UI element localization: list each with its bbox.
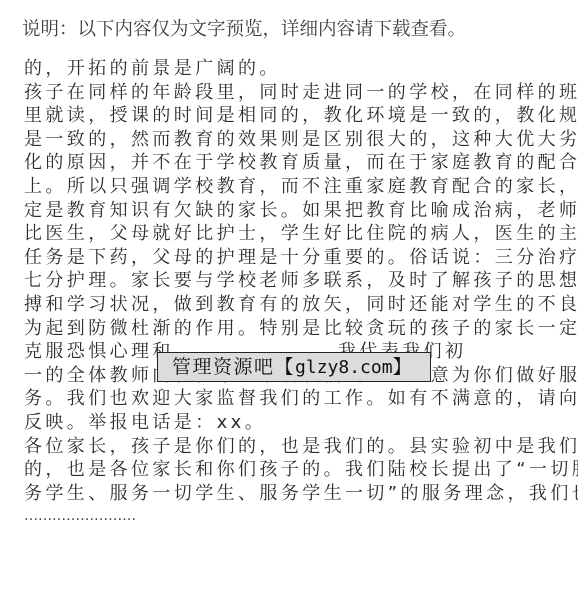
text-line: 的，开拓的前景是广阔的。	[24, 57, 564, 81]
watermark-site-name: 管理资源吧	[172, 356, 275, 378]
truncation-dots: ‥‥‥‥‥‥‥‥‥‥‥‥	[24, 505, 564, 529]
text-line: 任务是下药，父母的护理是十分重要的。俗话说：三分治疗，	[24, 246, 564, 270]
text-line: 是一致的，然而教育的效果则是区别很大的，这种大优大劣分	[24, 128, 564, 152]
text-line: 上。所以只强调学校教育，而不注重家庭教育配合的家长，一	[24, 175, 564, 199]
text-line: 各位家长，孩子是你们的，也是我们的。县实验初中是我们	[24, 435, 564, 459]
text-line: 定是教育知识有欠缺的家长。如果把教育比喻成治病，老师好	[24, 199, 564, 223]
text-line: 的，也是各位家长和你们孩子的。我们陆校长提出了“一切服	[24, 458, 564, 482]
text-line: 孩子在同样的年龄段里，同时走进同一的学校，在同样的班级	[24, 81, 564, 105]
watermark-bracket-open: 【	[275, 356, 296, 378]
text-line: 搏和学习状况，做到教育有的放矢，同时还能对学生的不良行	[24, 293, 564, 317]
text-line: 里就读，授课的时间是相同的，教化环境是一致的，教化规则	[24, 104, 564, 128]
watermark-url: glzy8.com	[295, 357, 393, 378]
text-line: 务学生、服务一切学生、服务学生一切”的服务理念，我们也	[24, 482, 564, 506]
preview-notice: 说明：以下内容仅为文字预览，详细内容请下载查看。	[22, 18, 466, 42]
watermark-banner: 管理资源吧【glzy8.com】	[157, 352, 431, 382]
text-line: 七分护理。家长要与学校老师多联系，及时了解孩子的思想脉	[24, 269, 564, 293]
watermark-bracket-close: 】	[393, 356, 414, 378]
text-line: 反映。举报电话是：xx。	[24, 411, 564, 435]
text-line: 务。我们也欢迎大家监督我们的工作。如有不满意的，请向我	[24, 387, 564, 411]
text-line: 比医生，父母就好比护士，学生好比住院的病人，医生的主要	[24, 222, 564, 246]
document-body: 的，开拓的前景是广阔的。 孩子在同样的年龄段里，同时走进同一的学校，在同样的班级…	[24, 57, 564, 529]
text-line: 化的原因，并不在于学校教育质量，而在于家庭教育的配合	[24, 151, 564, 175]
text-line: 为起到防微杜渐的作用。特别是比较贪玩的孩子的家长一定要	[24, 317, 564, 341]
